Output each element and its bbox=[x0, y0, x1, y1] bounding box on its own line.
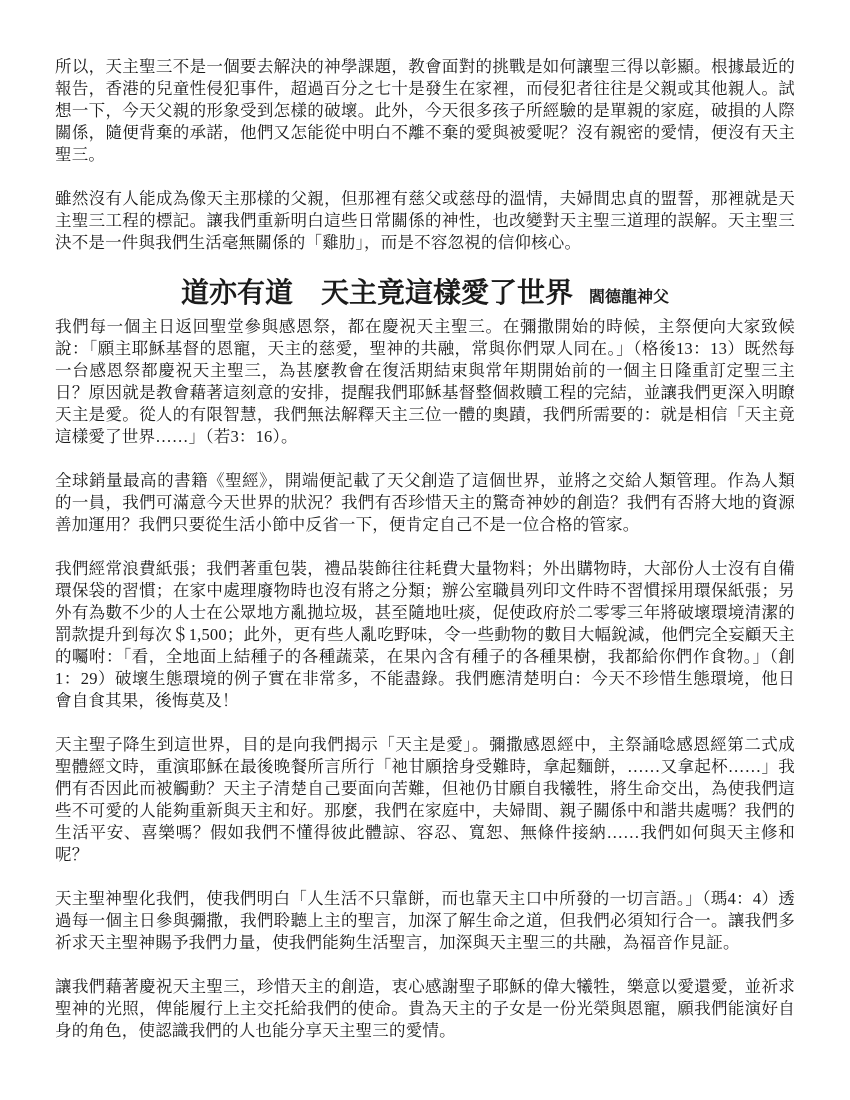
article-paragraph-2: 全球銷量最高的書籍《聖經》，開端便記載了天父創造了這個世界，並將之交給人類管理。… bbox=[55, 470, 795, 536]
document-page: 所以，天主聖三不是一個要去解決的神學課題，教會面對的挑戰是如何讓聖三得以彰顯。根… bbox=[0, 0, 850, 1100]
intro-paragraph-1: 所以，天主聖三不是一個要去解決的神學課題，教會面對的挑戰是如何讓聖三得以彰顯。根… bbox=[55, 56, 795, 166]
article-author: 閻德龍神父 bbox=[589, 289, 669, 306]
intro-paragraph-2: 雖然沒有人能成為像天主那樣的父親，但那裡有慈父或慈母的溫情，夫婦間忠貞的盟誓，那… bbox=[55, 188, 795, 254]
article-paragraph-5: 天主聖神聖化我們，使我們明白「人生活不只靠餅，而也靠天主口中所發的一切言語。」（… bbox=[55, 888, 795, 954]
article-paragraph-1: 我們每一個主日返回聖堂參與感恩祭，都在慶祝天主聖三。在彌撒開始的時候，主祭便向大… bbox=[55, 316, 795, 448]
article-heading: 道亦有道 天主竟這樣愛了世界 閻德龍神父 bbox=[55, 276, 795, 313]
article-paragraph-6: 讓我們藉著慶祝天主聖三，珍惜天主的創造，衷心感謝聖子耶穌的偉大犧牲，樂意以愛還愛… bbox=[55, 976, 795, 1042]
article-paragraph-3: 我們經常浪費紙張；我們著重包裝，禮品裝飾往往耗費大量物料；外出購物時，大部份人士… bbox=[55, 558, 795, 712]
article-title: 道亦有道 天主竟這樣愛了世界 bbox=[181, 278, 573, 309]
article-paragraph-4: 天主聖子降生到這世界，目的是向我們揭示「天主是愛」。彌撒感恩經中，主祭誦唸感恩經… bbox=[55, 734, 795, 866]
